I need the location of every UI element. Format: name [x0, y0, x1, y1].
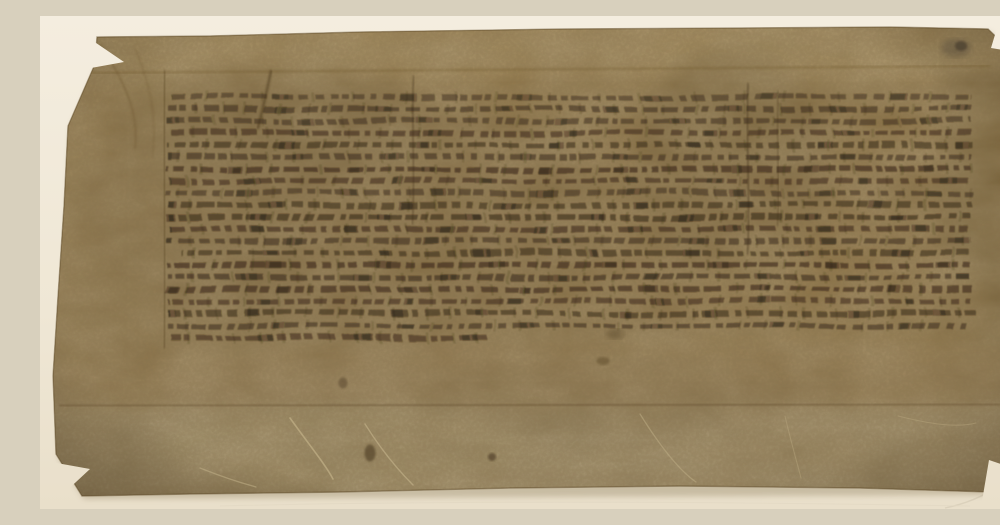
parchment-sheet	[40, 16, 1000, 509]
manuscript-scan-svg	[40, 16, 1000, 509]
manuscript-photo: Single membrane of aged brown vellum wit…	[40, 16, 1000, 509]
archival-ink-mark	[941, 39, 971, 57]
